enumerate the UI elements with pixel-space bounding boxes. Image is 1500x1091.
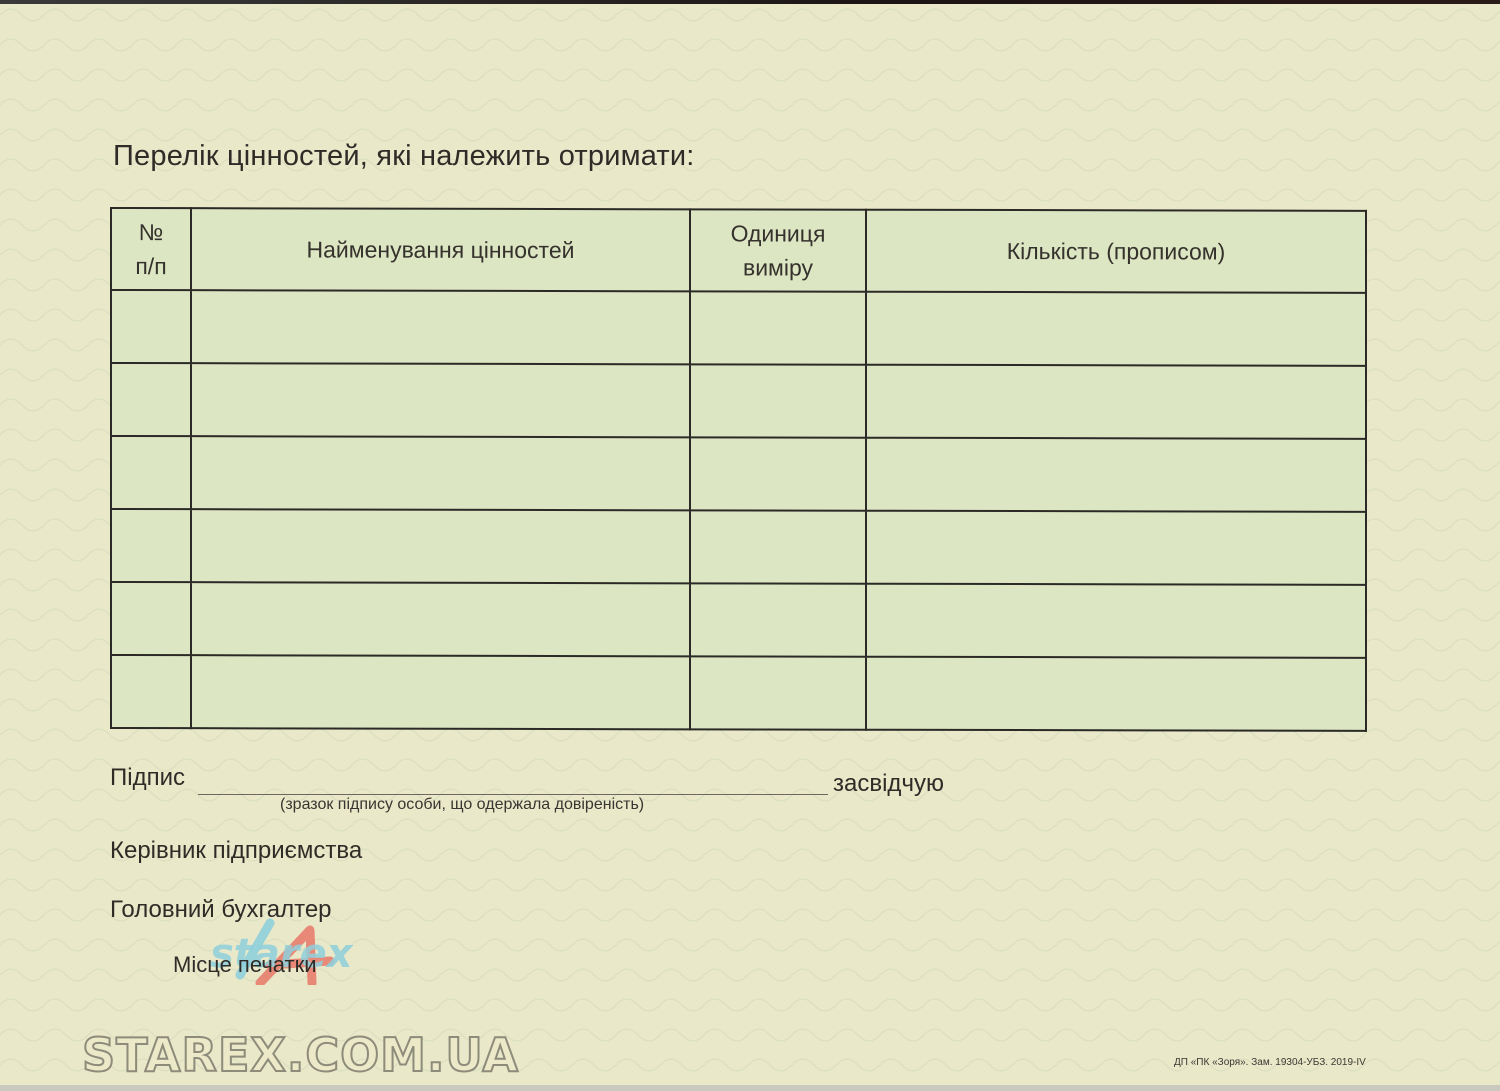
cell-quantity[interactable] [866, 511, 1366, 585]
cell-unit[interactable] [690, 291, 866, 364]
stamp-place-label: Місце печатки [173, 952, 317, 978]
cell-name[interactable] [191, 655, 690, 729]
cell-name[interactable] [191, 363, 690, 437]
table-header-row: № п/п Найменування цінностей Одиниця вим… [111, 208, 1366, 293]
cell-number[interactable] [111, 582, 191, 655]
website-watermark: STAREX.COM.UA [82, 1028, 519, 1082]
table-row [111, 436, 1366, 512]
cell-number[interactable] [111, 290, 191, 363]
values-list-heading: Перелік цінностей, які належить отримати… [113, 140, 695, 173]
table-row [111, 582, 1366, 658]
cell-unit[interactable] [690, 656, 866, 729]
table-row [111, 363, 1366, 439]
values-table: № п/п Найменування цінностей Одиниця вим… [110, 207, 1367, 732]
cell-unit[interactable] [690, 510, 866, 583]
cell-quantity[interactable] [866, 365, 1366, 439]
column-header-unit: Одиниця виміру [690, 209, 866, 291]
printer-imprint: ДП «ПК «Зоря». Зам. 19304-УБЗ. 2019-IV [1174, 1057, 1366, 1068]
table-body [111, 290, 1366, 731]
cell-number[interactable] [111, 509, 191, 582]
scan-bottom-edge [0, 1085, 1500, 1091]
signature-hint: (зразок підпису особи, що одержала довір… [280, 796, 644, 814]
signature-label: Підпис [110, 764, 185, 792]
cell-name[interactable] [191, 582, 690, 656]
director-label: Керівник підприємства [110, 837, 362, 865]
column-header-name: Найменування цінностей [191, 208, 690, 291]
cell-unit[interactable] [690, 437, 866, 510]
values-table-container: № п/п Найменування цінностей Одиниця вим… [110, 207, 1367, 732]
cell-name[interactable] [191, 509, 690, 583]
cell-quantity[interactable] [866, 657, 1366, 731]
cell-quantity[interactable] [866, 292, 1366, 366]
signature-line[interactable] [198, 794, 828, 795]
scan-top-edge [0, 0, 1500, 4]
column-header-quantity: Кількість (прописом) [866, 210, 1366, 293]
cell-unit[interactable] [690, 583, 866, 656]
cell-quantity[interactable] [866, 438, 1366, 512]
cell-quantity[interactable] [866, 584, 1366, 658]
table-row [111, 655, 1366, 731]
cell-number[interactable] [111, 436, 191, 509]
cell-number[interactable] [111, 363, 191, 436]
table-row [111, 509, 1366, 585]
cell-name[interactable] [191, 436, 690, 510]
cell-name[interactable] [191, 290, 690, 364]
certify-label: засвідчую [833, 770, 944, 798]
cell-number[interactable] [111, 655, 191, 728]
table-row [111, 290, 1366, 366]
column-header-number: № п/п [111, 208, 191, 290]
cell-unit[interactable] [690, 364, 866, 437]
